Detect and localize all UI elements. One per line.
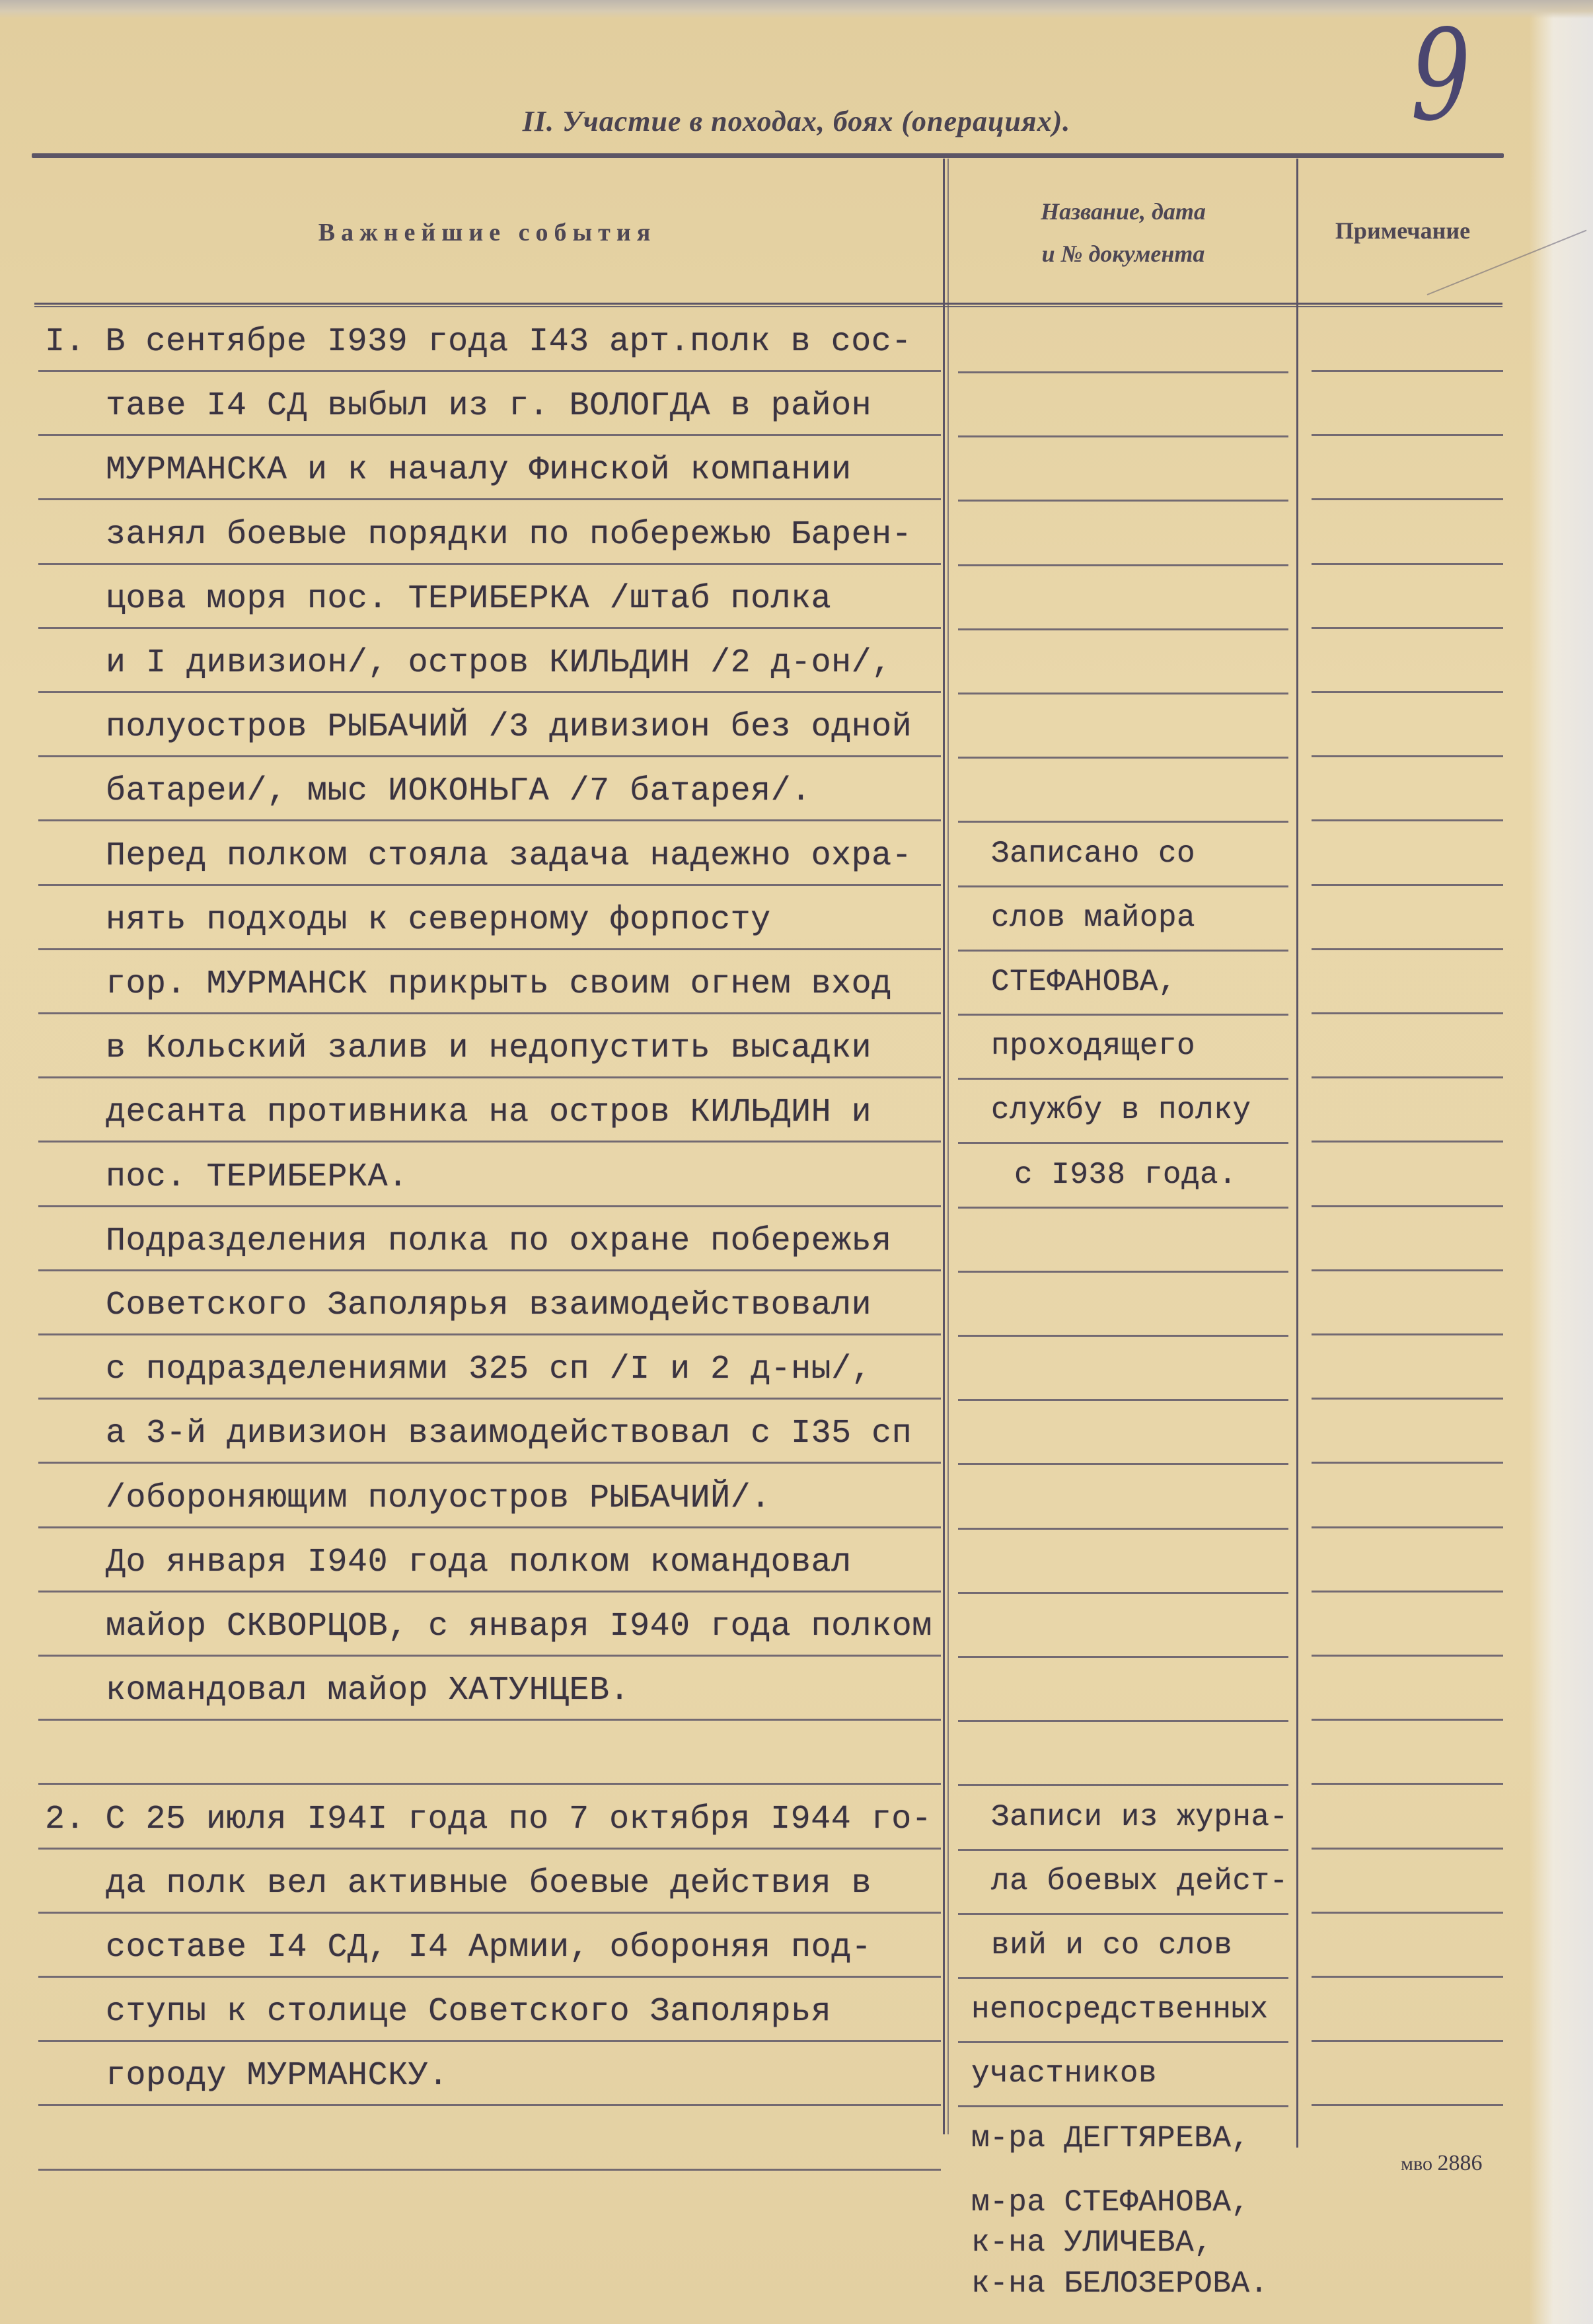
row-rule [38, 1719, 941, 1721]
row-rule [958, 1913, 1288, 1915]
row-rule [1312, 755, 1503, 757]
row-rule [38, 563, 941, 565]
document-entry-line: к-на УЛИЧЕВА, [971, 2223, 1212, 2263]
row-rule [958, 564, 1288, 566]
row-rule [958, 1335, 1288, 1337]
document-entry-line: с I938 года. [1014, 1155, 1237, 1195]
event-line: городу МУРМАНСКУ. [106, 2056, 449, 2096]
row-rule [958, 1592, 1288, 1594]
row-rule [1312, 1269, 1503, 1271]
row-rule [38, 2040, 941, 2042]
row-rule [1312, 563, 1503, 565]
row-rule [1312, 1141, 1503, 1143]
row-rule [958, 435, 1288, 437]
event-line: пос. ТЕРИБЕРКА. [106, 1158, 408, 1197]
row-rule [38, 1912, 941, 1914]
row-rule [958, 2041, 1288, 2043]
row-rule [1312, 1526, 1503, 1528]
row-rule [1312, 691, 1503, 693]
row-rule [38, 1398, 941, 1400]
row-rule [38, 1848, 941, 1850]
document-entry-line: Записано со [991, 834, 1195, 874]
row-rule [38, 1526, 941, 1528]
document-entry-line: м-ра ДЕГТЯРЕВА, [971, 2118, 1250, 2158]
event-line: цова моря пос. ТЕРИБЕРКА /штаб полка [106, 580, 831, 619]
document-entry-line: непосредственных [971, 1990, 1269, 2029]
column-divider-events-doc [943, 159, 945, 2134]
event-line: До января I940 года полком командовал [106, 1543, 852, 1583]
row-rule [958, 371, 1288, 373]
row-rule [958, 1977, 1288, 1979]
header-bottom-rule [34, 303, 1502, 307]
row-rule [958, 885, 1288, 887]
row-rule [38, 884, 941, 886]
row-rule [38, 1076, 941, 1078]
row-rule [1312, 1398, 1503, 1400]
event-line: майор СКВОРЦОВ, с января I940 года полко… [106, 1607, 932, 1647]
document-entry-line: ла боевых дейст- [991, 1861, 1288, 1901]
row-rule [958, 757, 1288, 759]
row-rule [38, 1333, 941, 1335]
row-rule [958, 1463, 1288, 1465]
row-rule [38, 755, 941, 757]
row-rule [38, 1783, 941, 1785]
event-line: составе I4 СД, I4 Армии, обороняя под- [106, 1928, 871, 1968]
row-rule [1312, 1205, 1503, 1207]
row-rule [38, 1462, 941, 1464]
document-entry-line: службу в полку [991, 1090, 1251, 1130]
row-rule [958, 693, 1288, 694]
event-line: десанта противника на остров КИЛЬДИН и [106, 1093, 871, 1133]
row-rule [38, 948, 941, 950]
row-rule [1312, 1462, 1503, 1464]
event-line: Перед полком стояла задача надежно охра- [106, 837, 912, 876]
document-entry-line: слов майора [991, 898, 1195, 938]
document-entry-line: участников [971, 2054, 1157, 2093]
event-line: полуостров РЫБАЧИЙ /3 дивизион без одной [106, 708, 912, 747]
document-entry-line: к-на БЕЛОЗЕРОВА. [971, 2264, 1269, 2304]
row-rule [1312, 1848, 1503, 1850]
row-rule [958, 1142, 1288, 1144]
row-rule [38, 498, 941, 500]
event-line: 2. С 25 июля I94I года по 7 октября I944… [45, 1800, 932, 1840]
row-rule [1312, 2104, 1503, 2106]
column-header-document-line-1: Название, дата [948, 190, 1298, 233]
document-entry-line: вий и со слов [991, 1926, 1232, 1965]
row-rule [38, 627, 941, 629]
column-divider-events-doc-inner [947, 159, 949, 2134]
event-line: гор. МУРМАНСК прикрыть своим огнем вход [106, 965, 892, 1004]
row-rule [1312, 1655, 1503, 1657]
row-rule [958, 500, 1288, 502]
row-rule [1312, 1719, 1503, 1721]
event-line: МУРМАНСКА и к началу Финской компании [106, 451, 852, 490]
row-rule [958, 1720, 1288, 1722]
column-divider-doc-note [1296, 159, 1298, 2148]
row-rule [1312, 434, 1503, 436]
document-entry-line: м-ра СТЕФАНОВА, [971, 2183, 1250, 2222]
row-rule [38, 2104, 941, 2106]
row-rule [958, 1207, 1288, 1209]
row-rule [38, 1012, 941, 1014]
row-rule [38, 1269, 941, 1271]
row-rule [1312, 948, 1503, 950]
archive-stamp-prefix: мво [1401, 2153, 1432, 2175]
row-rule [958, 2105, 1288, 2107]
event-line: батареи/, мыс ИОКОНЬГА /7 батарея/. [106, 772, 811, 811]
row-rule [958, 628, 1288, 630]
event-line: и I дивизион/, остров КИЛЬДИН /2 д-он/, [106, 644, 892, 683]
row-rule [958, 1528, 1288, 1530]
row-rule [958, 1784, 1288, 1786]
row-rule [38, 819, 941, 821]
table-top-rule [32, 153, 1504, 158]
row-rule [1312, 1076, 1503, 1078]
row-rule [1312, 2040, 1503, 2042]
row-rule [1312, 1333, 1503, 1335]
archive-stamp-number: 2886 [1437, 2151, 1482, 2175]
column-header-document-line-2: и № документа [948, 233, 1298, 275]
event-line: ступы к столице Советского Заполярья [106, 1992, 831, 2032]
row-rule [1312, 498, 1503, 500]
row-rule [958, 1399, 1288, 1401]
row-rule [38, 2169, 941, 2171]
event-line: /обороняющим полуостров РЫБАЧИЙ/. [106, 1479, 771, 1518]
column-header-note: Примечание [1300, 217, 1505, 244]
event-line: Подразделения полка по охране побережья [106, 1222, 892, 1261]
row-rule [1312, 627, 1503, 629]
document-entry-line: Записи из журна- [991, 1797, 1288, 1837]
event-line: Советского Заполярья взаимодействовали [106, 1286, 871, 1326]
row-rule [958, 1849, 1288, 1851]
row-rule [958, 821, 1288, 823]
row-rule [38, 370, 941, 372]
event-line: командовал майор ХАТУНЦЕВ. [106, 1671, 630, 1711]
row-rule [958, 1078, 1288, 1080]
row-rule [38, 691, 941, 693]
column-header-events: Важнейшие события [30, 218, 945, 247]
event-line: занял боевые порядки по побережью Барен- [106, 515, 912, 555]
row-rule [958, 1656, 1288, 1658]
row-rule [38, 1655, 941, 1657]
event-line: таве I4 СД выбыл из г. ВОЛОГДА в район [106, 387, 871, 426]
row-rule [1312, 370, 1503, 372]
row-rule [1312, 1783, 1503, 1785]
row-rule [38, 1141, 941, 1143]
row-rule [1312, 1012, 1503, 1014]
row-rule [958, 950, 1288, 952]
event-line: а 3-й дивизион взаимодействовал с I35 сп [106, 1414, 912, 1454]
row-rule [38, 1976, 941, 1978]
row-rule [1312, 1976, 1503, 1978]
event-line: да полк вел активные боевые действия в [106, 1864, 871, 1904]
row-rule [38, 1205, 941, 1207]
section-title: II. Участие в походах, боях (операциях). [0, 104, 1593, 138]
scan-top-edge [0, 0, 1593, 19]
row-rule [1312, 1591, 1503, 1593]
event-line: с подразделениями 325 сп /I и 2 д-ны/, [106, 1350, 871, 1390]
document-entry-line: СТЕФАНОВА, [991, 962, 1177, 1002]
row-rule [958, 1271, 1288, 1273]
row-rule [1312, 819, 1503, 821]
event-line: нять подходы к северному форпосту [106, 901, 771, 940]
document-entry-line: проходящего [991, 1026, 1195, 1066]
row-rule [1312, 1912, 1503, 1914]
row-rule [38, 1591, 941, 1593]
row-rule [958, 1014, 1288, 1016]
event-line: I. В сентябре I939 года I43 арт.полк в с… [45, 322, 912, 362]
event-line: в Кольский залив и недопустить высадки [106, 1029, 871, 1068]
archive-stamp: мво 2886 [1401, 2151, 1482, 2176]
row-rule [1312, 884, 1503, 886]
column-header-document: Название, дата и № документа [948, 190, 1298, 275]
row-rule [38, 434, 941, 436]
